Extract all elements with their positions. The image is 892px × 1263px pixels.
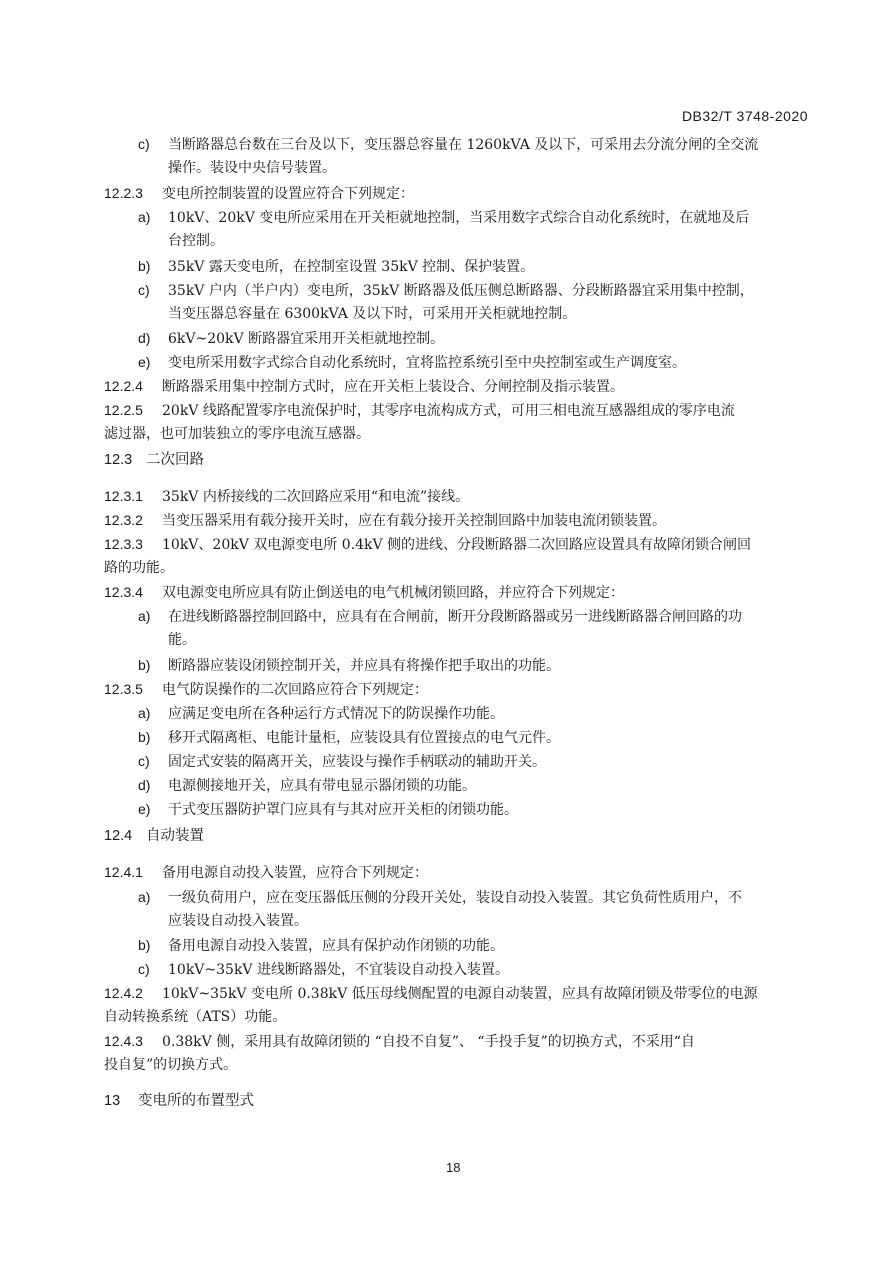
item-label: c) — [138, 132, 168, 156]
list-item: c)当断路器总台数在三台及以下，变压器总容量在 1260kVA 及以下，可采用去… — [138, 132, 758, 157]
item-text: 35kV 露天变电所，在控制室设置 35kV 控制、保护装置。 — [168, 259, 534, 275]
section-number: 13 — [104, 1089, 138, 1113]
item-text: 6kV~20kV 断路器宜采用开关柜就地控制。 — [168, 331, 444, 347]
list-item: a)一级负荷用户，应在变压器低压侧的分段开关处，装设自动投入装置。其它负荷性质用… — [138, 885, 742, 910]
clause-number: 12.3.5 — [104, 677, 162, 701]
clause: 12.2.520kV 线路配置零序电流保护时，其零序电流构成方式，可用三相电流互… — [104, 398, 735, 423]
item-label: b) — [138, 933, 168, 957]
clause: 12.2.4断路器采用集中控制方式时，应在开关柜上装设合、分闸控制及指示装置。 — [104, 374, 624, 399]
list-item-continuation: 应装设自动投入装置。 — [168, 909, 308, 933]
list-item: b)备用电源自动投入装置，应具有保护动作闭锁的功能。 — [138, 933, 504, 958]
clause-number: 12.2.4 — [104, 374, 162, 398]
clause-continuation: 滤过器，也可加装独立的零序电流互感器。 — [104, 422, 370, 446]
item-label: a) — [138, 205, 168, 229]
clause-text: 路的功能。 — [104, 560, 174, 576]
item-text: 10kV~35kV 进线断路器处，不宜装设自动投入装置。 — [168, 962, 509, 978]
item-label: a) — [138, 885, 168, 909]
clause-continuation: 投自复”的切换方式。 — [104, 1053, 237, 1077]
item-text: 能。 — [168, 632, 196, 648]
item-label: d) — [138, 326, 168, 350]
list-item: b)35kV 露天变电所，在控制室设置 35kV 控制、保护装置。 — [138, 254, 534, 279]
clause: 12.4.1备用电源自动投入装置，应符合下列规定： — [104, 860, 428, 885]
list-item: a)10kV、20kV 变电所应采用在开关柜就地控制，当采用数字式综合自动化系统… — [138, 205, 749, 230]
item-label: c) — [138, 278, 168, 302]
clause-text: 20kV 线路配置零序电流保护时，其零序电流构成方式，可用三相电流互感器组成的零… — [162, 403, 735, 419]
section-heading: 12.4自动装置 — [104, 824, 204, 848]
item-label: b) — [138, 254, 168, 278]
clause-number: 12.2.3 — [104, 181, 162, 205]
item-label: c) — [138, 749, 168, 773]
item-label: a) — [138, 604, 168, 628]
item-label: a) — [138, 701, 168, 725]
item-text: 当变压器总容量在 6300kVA 及以下时，可采用开关柜就地控制。 — [168, 306, 576, 322]
clause-text: 35kV 内桥接线的二次回路应采用“和电流”接线。 — [162, 489, 469, 505]
clause-continuation: 路的功能。 — [104, 556, 174, 580]
item-text: 应装设自动投入装置。 — [168, 913, 308, 929]
clause: 12.3.310kV、20kV 双电源变电所 0.4kV 侧的进线、分段断路器二… — [104, 532, 751, 557]
clause-number: 12.3.2 — [104, 508, 162, 532]
clause: 12.3.135kV 内桥接线的二次回路应采用“和电流”接线。 — [104, 484, 469, 509]
clause-text: 自动转换系统（ATS）功能。 — [104, 1009, 286, 1025]
standard-code: DB32/T 3748-2020 — [682, 108, 808, 124]
clause: 12.4.30.38kV 侧，采用具有故障闭锁的 “自投不自复”、 “手投手复”… — [104, 1029, 695, 1054]
clause-number: 12.4.3 — [104, 1029, 162, 1053]
clause-continuation: 自动转换系统（ATS）功能。 — [104, 1005, 286, 1029]
item-text: 35kV 户内（半户内）变电所，35kV 断路器及低压侧总断路器、分段断路器宜采… — [168, 283, 754, 299]
clause-text: 滤过器，也可加装独立的零序电流互感器。 — [104, 426, 370, 442]
section-number: 12.3 — [104, 448, 146, 472]
section-title: 自动装置 — [146, 828, 204, 844]
item-label: c) — [138, 957, 168, 981]
item-text: 变电所采用数字式综合自动化系统时，宜将监控系统引至中央控制室或生产调度室。 — [168, 355, 686, 371]
item-text: 固定式安装的隔离开关，应装设与操作手柄联动的辅助开关。 — [168, 754, 546, 770]
item-text: 应满足变电所在各种运行方式情况下的防误操作功能。 — [168, 706, 504, 722]
item-text: 台控制。 — [168, 233, 224, 249]
list-item: c)35kV 户内（半户内）变电所，35kV 断路器及低压侧总断路器、分段断路器… — [138, 278, 754, 303]
clause: 12.3.5电气防误操作的二次回路应符合下列规定： — [104, 677, 428, 702]
list-item: c)10kV~35kV 进线断路器处，不宜装设自动投入装置。 — [138, 957, 509, 982]
clause-number: 12.3.4 — [104, 580, 162, 604]
list-item: a)在进线断路器控制回路中，应具有在合闸前，断开分段断路器或另一进线断路器合闸回… — [138, 604, 742, 629]
list-item: e)干式变压器防护罩门应具有与其对应开关柜的闭锁功能。 — [138, 797, 518, 822]
clause-text: 备用电源自动投入装置，应符合下列规定： — [162, 865, 428, 881]
list-item-continuation: 台控制。 — [168, 229, 224, 253]
list-item: b)断路器应装设闭锁控制开关，并应具有将操作把手取出的功能。 — [138, 653, 560, 678]
item-text: 电源侧接地开关，应具有带电显示器闭锁的功能。 — [168, 778, 476, 794]
section-title: 二次回路 — [146, 452, 204, 468]
clause: 12.3.2当变压器采用有载分接开关时，应在有载分接开关控制回路中加装电流闭锁装… — [104, 508, 666, 533]
item-text: 在进线断路器控制回路中，应具有在合闸前，断开分段断路器或另一进线断路器合闸回路的… — [168, 609, 742, 625]
item-text: 10kV、20kV 变电所应采用在开关柜就地控制，当采用数字式综合自动化系统时，… — [168, 210, 749, 226]
clause-text: 当变压器采用有载分接开关时，应在有载分接开关控制回路中加装电流闭锁装置。 — [162, 513, 666, 529]
clause-text: 断路器采用集中控制方式时，应在开关柜上装设合、分闸控制及指示装置。 — [162, 379, 624, 395]
item-label: e) — [138, 797, 168, 821]
section-heading: 13变电所的布置型式 — [104, 1089, 254, 1113]
page-number: 18 — [446, 1160, 460, 1175]
item-text: 干式变压器防护罩门应具有与其对应开关柜的闭锁功能。 — [168, 802, 518, 818]
list-item: d)6kV~20kV 断路器宜采用开关柜就地控制。 — [138, 326, 444, 351]
list-item-continuation: 能。 — [168, 628, 196, 652]
clause-text: 变电所控制装置的设置应符合下列规定： — [162, 186, 414, 202]
item-label: b) — [138, 725, 168, 749]
clause-number: 12.4.2 — [104, 981, 162, 1005]
item-text: 移开式隔离柜、电能计量柜，应装设具有位置接点的电气元件。 — [168, 730, 560, 746]
item-text: 备用电源自动投入装置，应具有保护动作闭锁的功能。 — [168, 938, 504, 954]
item-label: e) — [138, 350, 168, 374]
clause-text: 电气防误操作的二次回路应符合下列规定： — [162, 682, 428, 698]
item-text: 当断路器总台数在三台及以下，变压器总容量在 1260kVA 及以下，可采用去分流… — [168, 137, 758, 153]
clause-text: 10kV~35kV 变电所 0.38kV 低压母线侧配置的电源自动装置，应具有故… — [162, 986, 758, 1002]
item-text: 操作。装设中央信号装置。 — [168, 160, 336, 176]
clause-text: 0.38kV 侧，采用具有故障闭锁的 “自投不自复”、 “手投手复”的切换方式，… — [162, 1034, 695, 1050]
clause-text: 双电源变电所应具有防止倒送电的电气机械闭锁回路，并应符合下列规定： — [162, 585, 624, 601]
clause-number: 12.4.1 — [104, 860, 162, 884]
clause-text: 投自复”的切换方式。 — [104, 1057, 237, 1073]
clause: 12.4.210kV~35kV 变电所 0.38kV 低压母线侧配置的电源自动装… — [104, 981, 758, 1006]
clause-number: 12.3.1 — [104, 484, 162, 508]
clause-number: 12.2.5 — [104, 398, 162, 422]
list-item: c)固定式安装的隔离开关，应装设与操作手柄联动的辅助开关。 — [138, 749, 546, 774]
list-item: a)应满足变电所在各种运行方式情况下的防误操作功能。 — [138, 701, 504, 726]
clause-text: 10kV、20kV 双电源变电所 0.4kV 侧的进线、分段断路器二次回路应设置… — [162, 537, 751, 553]
item-label: d) — [138, 773, 168, 797]
item-label: b) — [138, 653, 168, 677]
clause: 12.2.3变电所控制装置的设置应符合下列规定： — [104, 181, 414, 206]
list-item-continuation: 当变压器总容量在 6300kVA 及以下时，可采用开关柜就地控制。 — [168, 302, 576, 326]
clause: 12.3.4双电源变电所应具有防止倒送电的电气机械闭锁回路，并应符合下列规定： — [104, 580, 624, 605]
item-text: 断路器应装设闭锁控制开关，并应具有将操作把手取出的功能。 — [168, 658, 560, 674]
list-item: d)电源侧接地开关，应具有带电显示器闭锁的功能。 — [138, 773, 476, 798]
section-title: 变电所的布置型式 — [138, 1093, 254, 1109]
list-item: b)移开式隔离柜、电能计量柜，应装设具有位置接点的电气元件。 — [138, 725, 560, 750]
list-item: e)变电所采用数字式综合自动化系统时，宜将监控系统引至中央控制室或生产调度室。 — [138, 350, 686, 375]
section-heading: 12.3二次回路 — [104, 448, 204, 472]
clause-number: 12.3.3 — [104, 532, 162, 556]
section-number: 12.4 — [104, 824, 146, 848]
list-item-continuation: 操作。装设中央信号装置。 — [168, 156, 336, 180]
item-text: 一级负荷用户，应在变压器低压侧的分段开关处，装设自动投入装置。其它负荷性质用户，… — [168, 890, 742, 906]
